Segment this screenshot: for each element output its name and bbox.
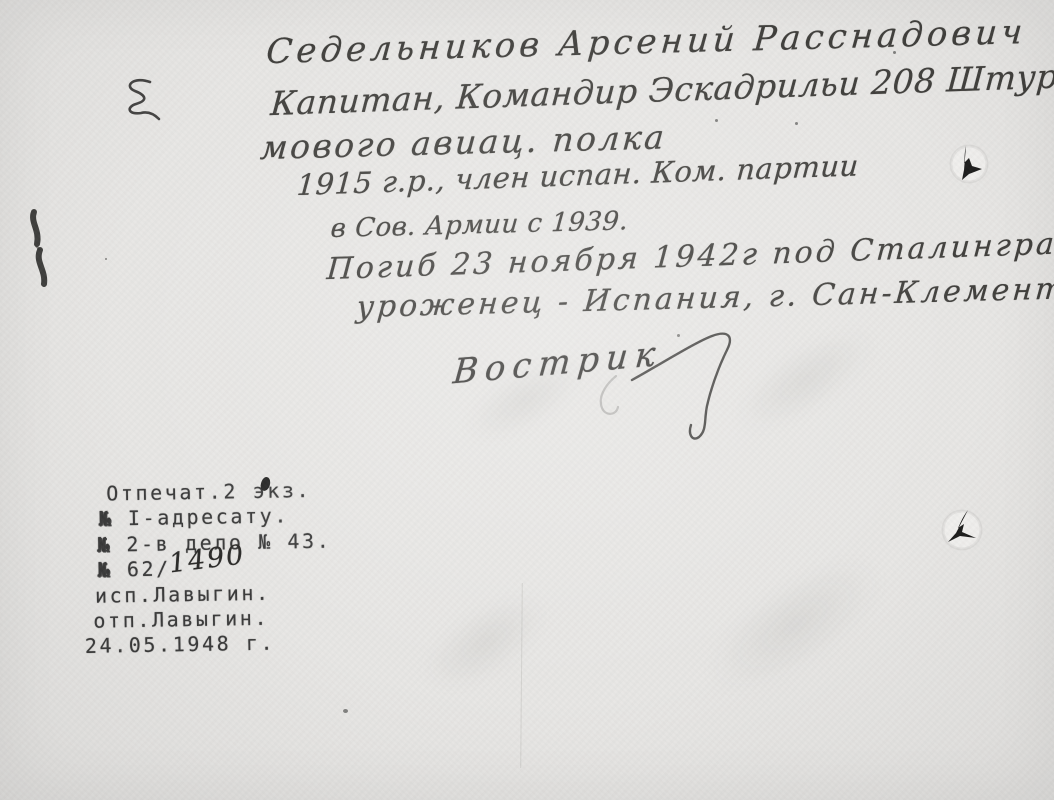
handwritten-line-army: в Сов. Армии с 1939. (330, 206, 630, 244)
paper-speck (677, 334, 680, 337)
paper-speck (893, 51, 896, 54)
punch-hole-mark-bottom (928, 492, 998, 566)
typed-line-copies: Отпечат.2 экз. (106, 478, 331, 507)
handwritten-number-overwrite: 1490 (168, 545, 247, 574)
margin-squiggle-mark (118, 76, 168, 124)
punch-hole-mark-top (938, 128, 1002, 198)
typed-number-prefix: № 62/ (97, 557, 171, 582)
typed-block: Отпечат.2 экз. № I-адресату. № 2-в дело … (80, 478, 333, 660)
paper-crease (520, 583, 523, 768)
typed-line-date: 24.05.1948 г. (85, 630, 334, 660)
faint-pencil-mark (590, 372, 630, 422)
paper-speck (105, 258, 107, 260)
paper-speck (343, 709, 348, 713)
paper-speck (795, 122, 798, 125)
watermark-smudge (641, 494, 949, 756)
paper-speck (715, 119, 718, 122)
document-scan: Седельников Арсений Расснадович Капитан,… (0, 0, 1054, 800)
ink-streak (18, 200, 68, 300)
watermark-smudge (375, 548, 594, 737)
